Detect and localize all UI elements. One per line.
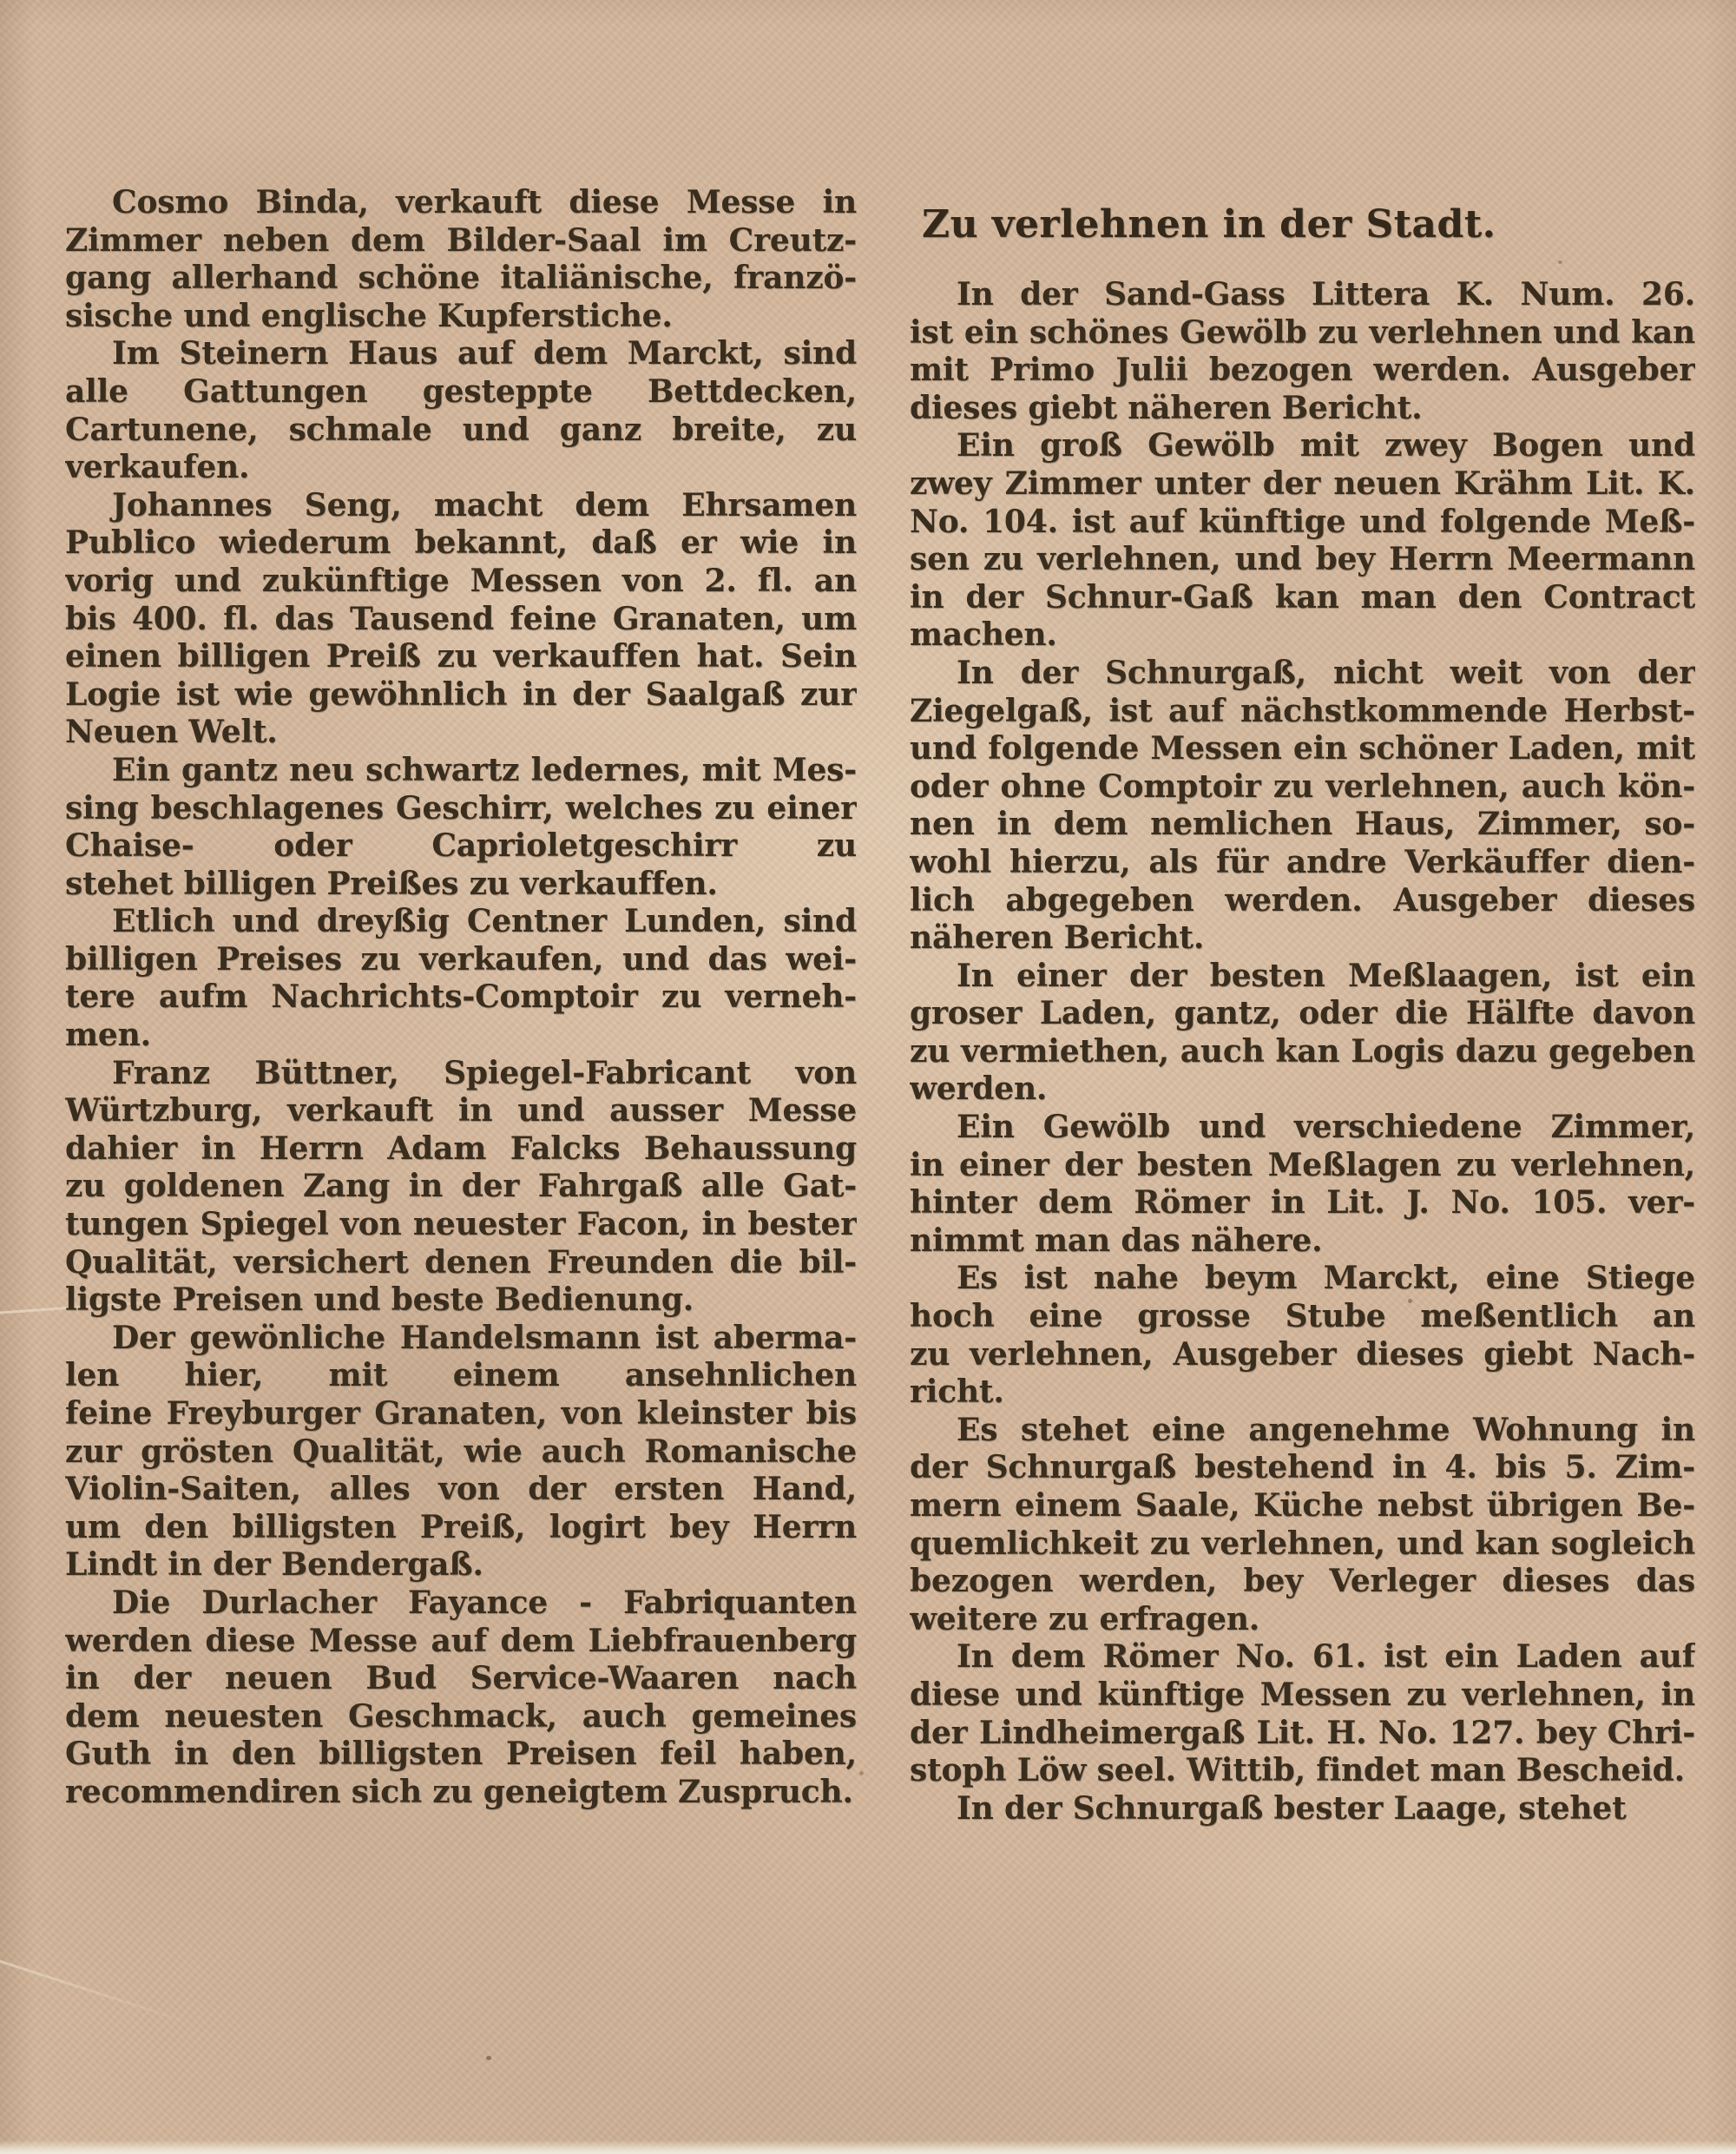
text-line: Der gewönliche Handelsmann ist aberma- xyxy=(65,1320,857,1358)
text-line: in der neuen Bud Service-Waaren nach xyxy=(65,1660,857,1698)
text-line: der Schnurgaß bestehend in 4. bis 5. Zim… xyxy=(910,1449,1695,1487)
text-line: No. 104. ist auf künftige und folgende M… xyxy=(910,504,1695,542)
text-line: sing beschlagenes Geschirr, welches zu e… xyxy=(65,790,857,828)
text-line: der Lindheimergaß Lit. H. No. 127. bey C… xyxy=(910,1715,1695,1753)
text-line: Cartunene, schmale und ganz breite, zu xyxy=(65,412,857,450)
text-line: in der Schnur-Gaß kan man den Contract xyxy=(910,579,1695,617)
text-line: Es stehet eine angenehme Wohnung in xyxy=(910,1412,1695,1450)
fold-crease xyxy=(0,1953,194,2026)
text-line: machen. xyxy=(910,616,1695,655)
text-line: Guth in den billigsten Preisen feil habe… xyxy=(65,1736,857,1774)
advertisement-paragraph: In der Schnurgaß bester Laage, stehet xyxy=(910,1790,1695,1828)
text-line: Ein gantz neu schwartz ledernes, mit Mes… xyxy=(65,752,857,790)
text-line: Chaise- oder Caprioletgeschirr zu gebrau… xyxy=(65,827,857,866)
text-line: zu vermiethen, auch kan Logis dazu gegeb… xyxy=(910,1033,1695,1071)
text-line: In der Schnurgaß bester Laage, stehet xyxy=(910,1790,1695,1828)
text-line: mit Primo Julii bezogen werden. Ausgeber xyxy=(910,352,1695,390)
text-line: Johannes Seng, macht dem Ehrsamen xyxy=(65,487,857,525)
text-line: dem neuesten Geschmack, auch gemeines xyxy=(65,1698,857,1736)
text-line: stehet billigen Preißes zu verkauffen. xyxy=(65,866,857,904)
page-bottom-edge xyxy=(0,2140,1736,2154)
text-line: Cosmo Binda, verkauft diese Messe in dem xyxy=(65,184,857,222)
text-line: groser Laden, gantz, oder die Hälfte dav… xyxy=(910,995,1695,1033)
advertisement-paragraph: Johannes Seng, macht dem EhrsamenPublico… xyxy=(65,487,857,752)
text-line: In einer der besten Meßlaagen, ist ein xyxy=(910,958,1695,996)
text-line: Violin-Saiten, alles von der ersten Hand… xyxy=(65,1471,857,1509)
text-line: Franz Büttner, Spiegel-Fabricant von xyxy=(65,1055,857,1093)
text-line: tungen Spiegel von neuester Facon, in be… xyxy=(65,1206,857,1244)
advertisement-paragraph: In der Schnurgaß, nicht weit von derZieg… xyxy=(910,655,1695,958)
left-column: Cosmo Binda, verkauft diese Messe in dem… xyxy=(65,184,857,1812)
text-line: werden. xyxy=(910,1070,1695,1109)
text-line: ligste Preisen und beste Bedienung. xyxy=(65,1281,857,1320)
text-line: einen billigen Preiß zu verkauffen hat. … xyxy=(65,638,857,676)
text-line: recommendiren sich zu geneigtem Zuspruch… xyxy=(65,1774,857,1812)
text-line: Es ist nahe beym Marckt, eine Stiege xyxy=(910,1260,1695,1298)
section-heading: Zu verlehnen in der Stadt. xyxy=(922,200,1695,250)
text-line: bis 400. fl. das Tausend feine Granaten,… xyxy=(65,601,857,639)
text-line: Ein groß Gewölb mit zwey Bogen und xyxy=(910,427,1695,465)
newspaper-page: Cosmo Binda, verkauft diese Messe in dem… xyxy=(0,0,1736,2154)
text-line: Publico wiederum bekannt, daß er wie in xyxy=(65,524,857,563)
right-column: Zu verlehnen in der Stadt. In der Sand-G… xyxy=(910,200,1695,1828)
advertisement-paragraph: Ein gantz neu schwartz ledernes, mit Mes… xyxy=(65,752,857,903)
text-line: verkaufen. xyxy=(65,449,857,487)
text-line: stoph Löw seel. Wittib, findet man Besch… xyxy=(910,1752,1695,1790)
advertisement-paragraph: Ein groß Gewölb mit zwey Bogen undzwey Z… xyxy=(910,427,1695,655)
text-line: vorig und zukünftige Messen von 2. fl. a… xyxy=(65,563,857,601)
text-line: näheren Bericht. xyxy=(910,919,1695,958)
text-line: hoch eine grosse Stube meßentlich an Fre… xyxy=(910,1298,1695,1336)
text-line: zu verlehnen, Ausgeber dieses giebt Nach… xyxy=(910,1336,1695,1374)
text-line: zwey Zimmer unter der neuen Krähm Lit. K… xyxy=(910,465,1695,504)
advertisement-paragraph: Cosmo Binda, verkauft diese Messe in dem… xyxy=(65,184,857,335)
text-line: sische und englische Kupferstiche. xyxy=(65,298,857,336)
text-line: men. xyxy=(65,1017,857,1055)
text-line: werden diese Messe auf dem Liebfrauenber… xyxy=(65,1623,857,1661)
text-line: Logie ist wie gewöhnlich in der Saalgaß … xyxy=(65,676,857,715)
text-line: In der Sand-Gass Littera K. Num. 26. xyxy=(910,276,1695,314)
text-line: billigen Preises zu verkaufen, und das w… xyxy=(65,941,857,979)
text-line: quemlichkeit zu verlehnen, und kan sogle… xyxy=(910,1525,1695,1564)
paper-speck xyxy=(486,2056,491,2060)
text-line: in einer der besten Meßlagen zu verlehne… xyxy=(910,1147,1695,1185)
text-line: Die Durlacher Fayance - Fabriquanten xyxy=(65,1584,857,1623)
text-line: nen in dem nemlichen Haus, Zimmer, so- xyxy=(910,806,1695,844)
text-line: ist ein schönes Gewölb zu verlehnen und … xyxy=(910,314,1695,352)
text-line: richt. xyxy=(910,1373,1695,1412)
text-line: dieses giebt näheren Bericht. xyxy=(910,390,1695,428)
text-line: oder ohne Comptoir zu verlehnen, auch kö… xyxy=(910,768,1695,807)
text-line: hinter dem Römer in Lit. J. No. 105. ver… xyxy=(910,1184,1695,1222)
text-line: sen zu verlehnen, und bey Herrn Meermann xyxy=(910,541,1695,579)
text-line: diese und künftige Messen zu verlehnen, … xyxy=(910,1676,1695,1715)
text-line: um den billigsten Preiß, logirt bey Herr… xyxy=(65,1509,857,1547)
text-line: zu goldenen Zang in der Fahrgaß alle Gat… xyxy=(65,1168,857,1206)
text-line: Ziegelgaß, ist auf nächstkommende Herbst… xyxy=(910,693,1695,731)
text-line: dahier in Herrn Adam Falcks Behaussung xyxy=(65,1130,857,1169)
text-line: alle Gattungen gesteppte Bettdecken, Eiz… xyxy=(65,373,857,412)
advertisement-paragraph: In einer der besten Meßlaagen, ist eingr… xyxy=(910,958,1695,1109)
text-line: Ein Gewölb und verschiedene Zimmer, sind xyxy=(910,1109,1695,1147)
text-line: len hier, mit einem ansehnlichen Assorti… xyxy=(65,1357,857,1395)
advertisement-paragraph: Franz Büttner, Spiegel-Fabricant vonWürt… xyxy=(65,1055,857,1320)
text-line: Zimmer neben dem Bilder-Saal im Creutz- xyxy=(65,222,857,260)
text-line: und folgende Messen ein schöner Laden, m… xyxy=(910,730,1695,768)
text-line: zur grösten Qualität, wie auch Romanisch… xyxy=(65,1433,857,1472)
advertisement-paragraph: In dem Römer No. 61. ist ein Laden aufdi… xyxy=(910,1638,1695,1789)
advertisement-paragraph: Im Steinern Haus auf dem Marckt, sindall… xyxy=(65,335,857,486)
advertisement-paragraph: Die Durlacher Fayance - Fabriquantenwerd… xyxy=(65,1584,857,1812)
text-line: mern einem Saale, Küche nebst übrigen Be… xyxy=(910,1487,1695,1525)
text-line: wohl hierzu, als für andre Verkäuffer di… xyxy=(910,844,1695,882)
text-line: In dem Römer No. 61. ist ein Laden auf xyxy=(910,1638,1695,1676)
text-line: Im Steinern Haus auf dem Marckt, sind xyxy=(65,335,857,373)
text-line: Etlich und dreyßig Centner Lunden, sind xyxy=(65,903,857,941)
right-column-body: In der Sand-Gass Littera K. Num. 26.ist … xyxy=(910,276,1695,1828)
advertisement-paragraph: Es stehet eine angenehme Wohnung inder S… xyxy=(910,1412,1695,1639)
text-line: gang allerhand schöne italiänische, fran… xyxy=(65,260,857,298)
text-line: bezogen werden, bey Verleger dieses das xyxy=(910,1563,1695,1601)
text-line: Würtzburg, verkauft in und ausser Messe xyxy=(65,1092,857,1130)
advertisement-paragraph: In der Sand-Gass Littera K. Num. 26.ist … xyxy=(910,276,1695,427)
text-line: nimmt man das nähere. xyxy=(910,1222,1695,1261)
text-line: feine Freyburger Granaten, von kleinster… xyxy=(65,1395,857,1433)
text-line: tere aufm Nachrichts-Comptoir zu verneh- xyxy=(65,978,857,1017)
advertisement-paragraph: Es ist nahe beym Marckt, eine Stiegehoch… xyxy=(910,1260,1695,1411)
advertisement-paragraph: Ein Gewölb und verschiedene Zimmer, sind… xyxy=(910,1109,1695,1260)
text-line: Lindt in der Bendergaß. xyxy=(65,1546,857,1584)
text-line: Qualität, versichert denen Freunden die … xyxy=(65,1244,857,1282)
advertisement-paragraph: Etlich und dreyßig Centner Lunden, sindb… xyxy=(65,903,857,1054)
paper-speck xyxy=(859,1771,864,1775)
advertisement-paragraph: Der gewönliche Handelsmann ist aberma-le… xyxy=(65,1320,857,1584)
text-line: Neuen Welt. xyxy=(65,714,857,752)
text-line: In der Schnurgaß, nicht weit von der xyxy=(910,655,1695,693)
text-line: lich abgegeben werden. Ausgeber dieses s… xyxy=(910,882,1695,920)
text-line: weitere zu erfragen. xyxy=(910,1601,1695,1639)
